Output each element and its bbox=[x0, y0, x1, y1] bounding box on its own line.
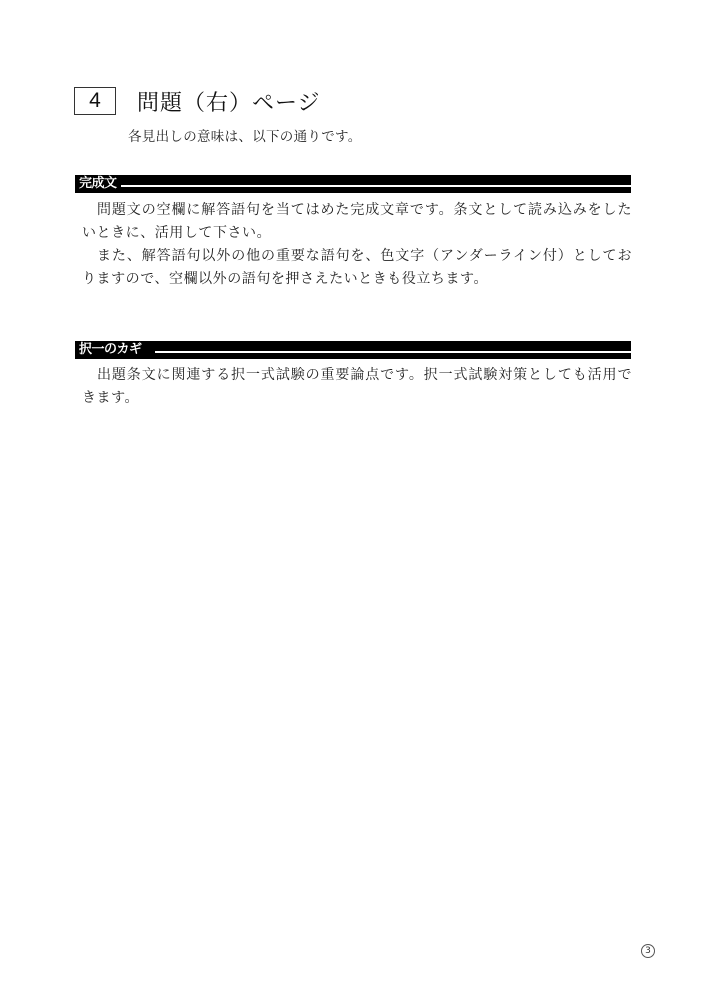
page-number: 3 bbox=[641, 944, 655, 958]
bar-divider-line bbox=[155, 351, 631, 353]
paragraph: 問題文の空欄に解答語句を当てはめた完成文章です。条文として読み込みをしたいときに… bbox=[82, 199, 632, 245]
page-title: 問題（右）ページ bbox=[137, 86, 321, 117]
section-label: 択一のカギ bbox=[79, 341, 144, 359]
section-heading: 4 問題（右）ページ bbox=[74, 86, 321, 116]
section-header-bar-kanseibun: 完成文 bbox=[75, 175, 631, 193]
section-header-bar-takuitsu-no-kagi: 択一のカギ bbox=[75, 341, 631, 359]
section-number-box: 4 bbox=[74, 87, 116, 115]
section-body-takuitsu-no-kagi: 出題条文に関連する択一式試験の重要論点です。択一式試験対策としても活用できます。 bbox=[82, 364, 632, 410]
section-label: 完成文 bbox=[79, 175, 119, 193]
intro-text: 各見出しの意味は、以下の通りです。 bbox=[128, 128, 362, 146]
section-body-kanseibun: 問題文の空欄に解答語句を当てはめた完成文章です。条文として読み込みをしたいときに… bbox=[82, 199, 632, 291]
paragraph: また、解答語句以外の他の重要な語句を、色文字（アンダーライン付）としておりますの… bbox=[82, 245, 632, 291]
bar-divider-line bbox=[121, 185, 631, 187]
paragraph: 出題条文に関連する択一式試験の重要論点です。択一式試験対策としても活用できます。 bbox=[82, 364, 632, 410]
